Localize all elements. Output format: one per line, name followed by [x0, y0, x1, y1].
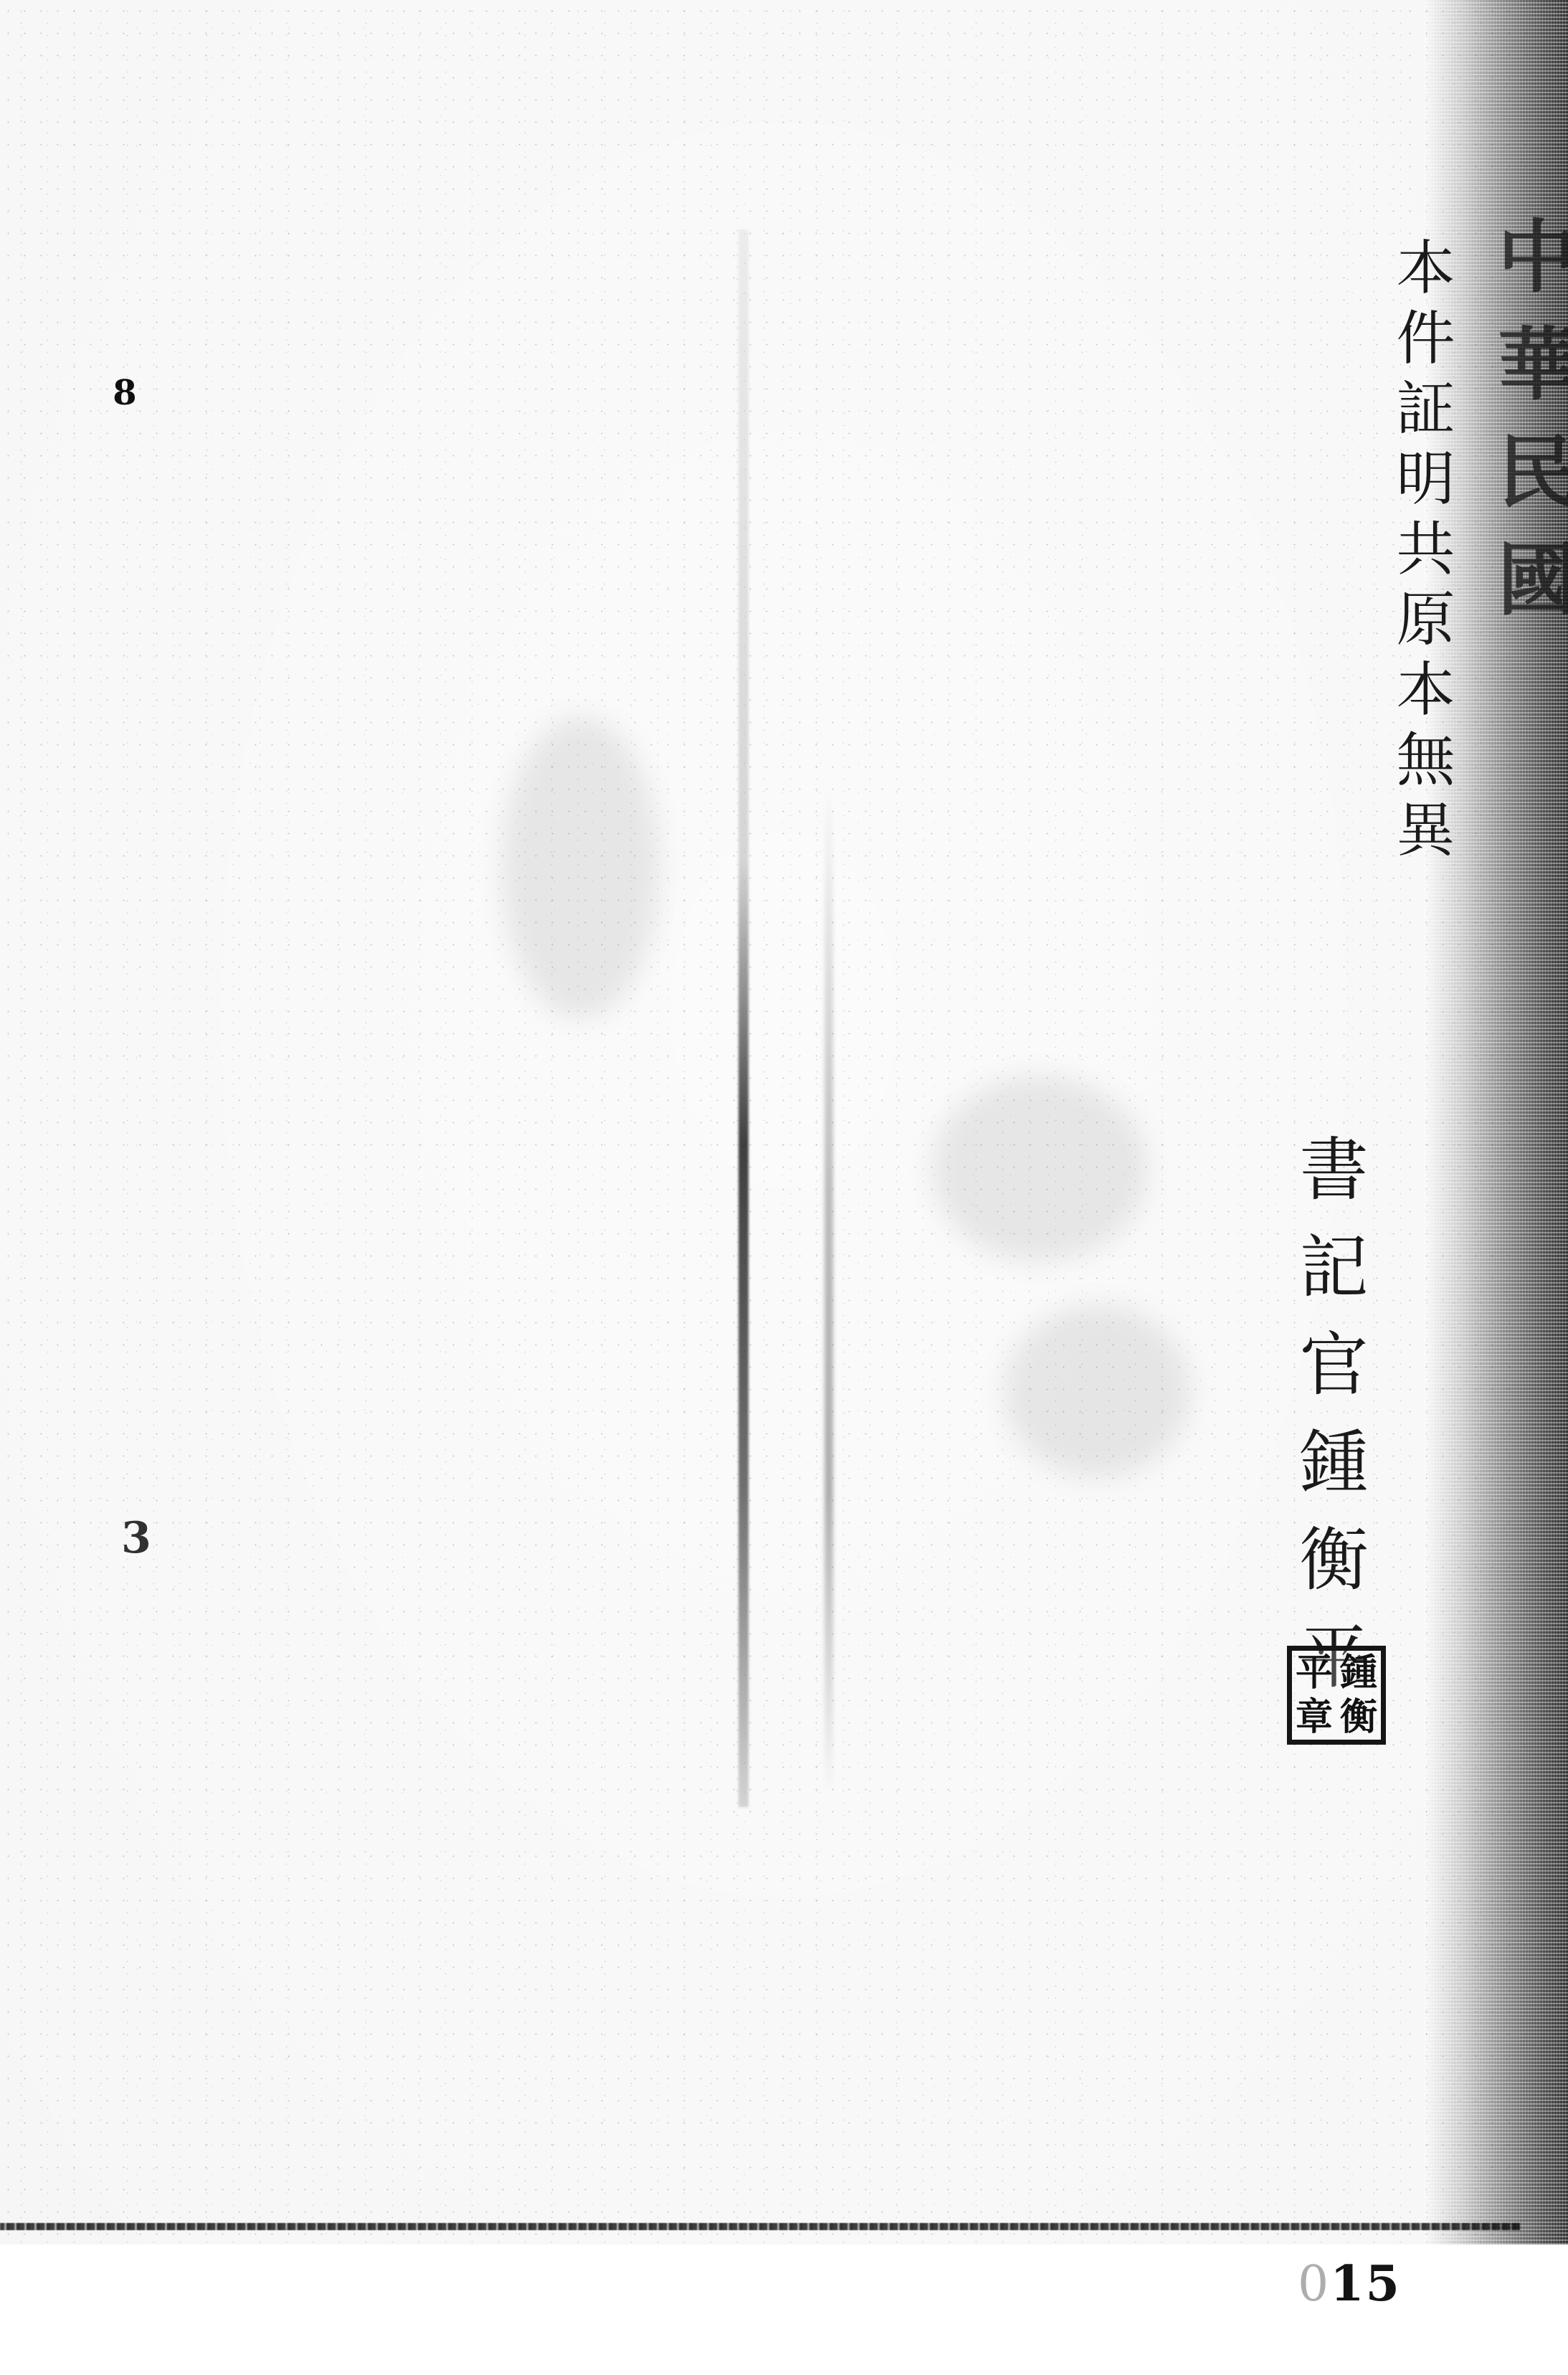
smudge	[1004, 1305, 1190, 1477]
page-number-digits: 15	[1330, 2255, 1401, 2313]
official-seal: 鍾 衡 平 章	[1287, 1646, 1386, 1745]
paper-bottom-edge	[0, 2223, 1520, 2230]
clerk-signature: 書記官鍾衡平	[1294, 1133, 1363, 1718]
fold-crease	[738, 229, 749, 1807]
smudge	[502, 717, 660, 1018]
smudge	[932, 1076, 1147, 1262]
binding-hole-mark-bottom: 3	[115, 1513, 158, 1563]
fold-crease-secondary	[825, 789, 833, 1793]
page-number: 015	[1298, 2255, 1401, 2313]
page-number-faded-digit: 0	[1298, 2256, 1330, 2313]
seal-char: 章	[1292, 1695, 1336, 1740]
seal-char: 衡	[1336, 1695, 1381, 1740]
binding-hole-mark-top: 8	[108, 373, 142, 413]
seal-char: 鍾	[1336, 1651, 1381, 1695]
document-page: 中華民國 本件証明共原本無異 書記官鍾衡平 鍾 衡 平 章 8 3	[0, 0, 1568, 2244]
scan-noise	[0, 0, 1568, 2244]
certification-text: 本件証明共原本無異	[1391, 237, 1450, 869]
date-line: 中華民國	[1491, 215, 1568, 645]
seal-char: 平	[1292, 1651, 1336, 1695]
